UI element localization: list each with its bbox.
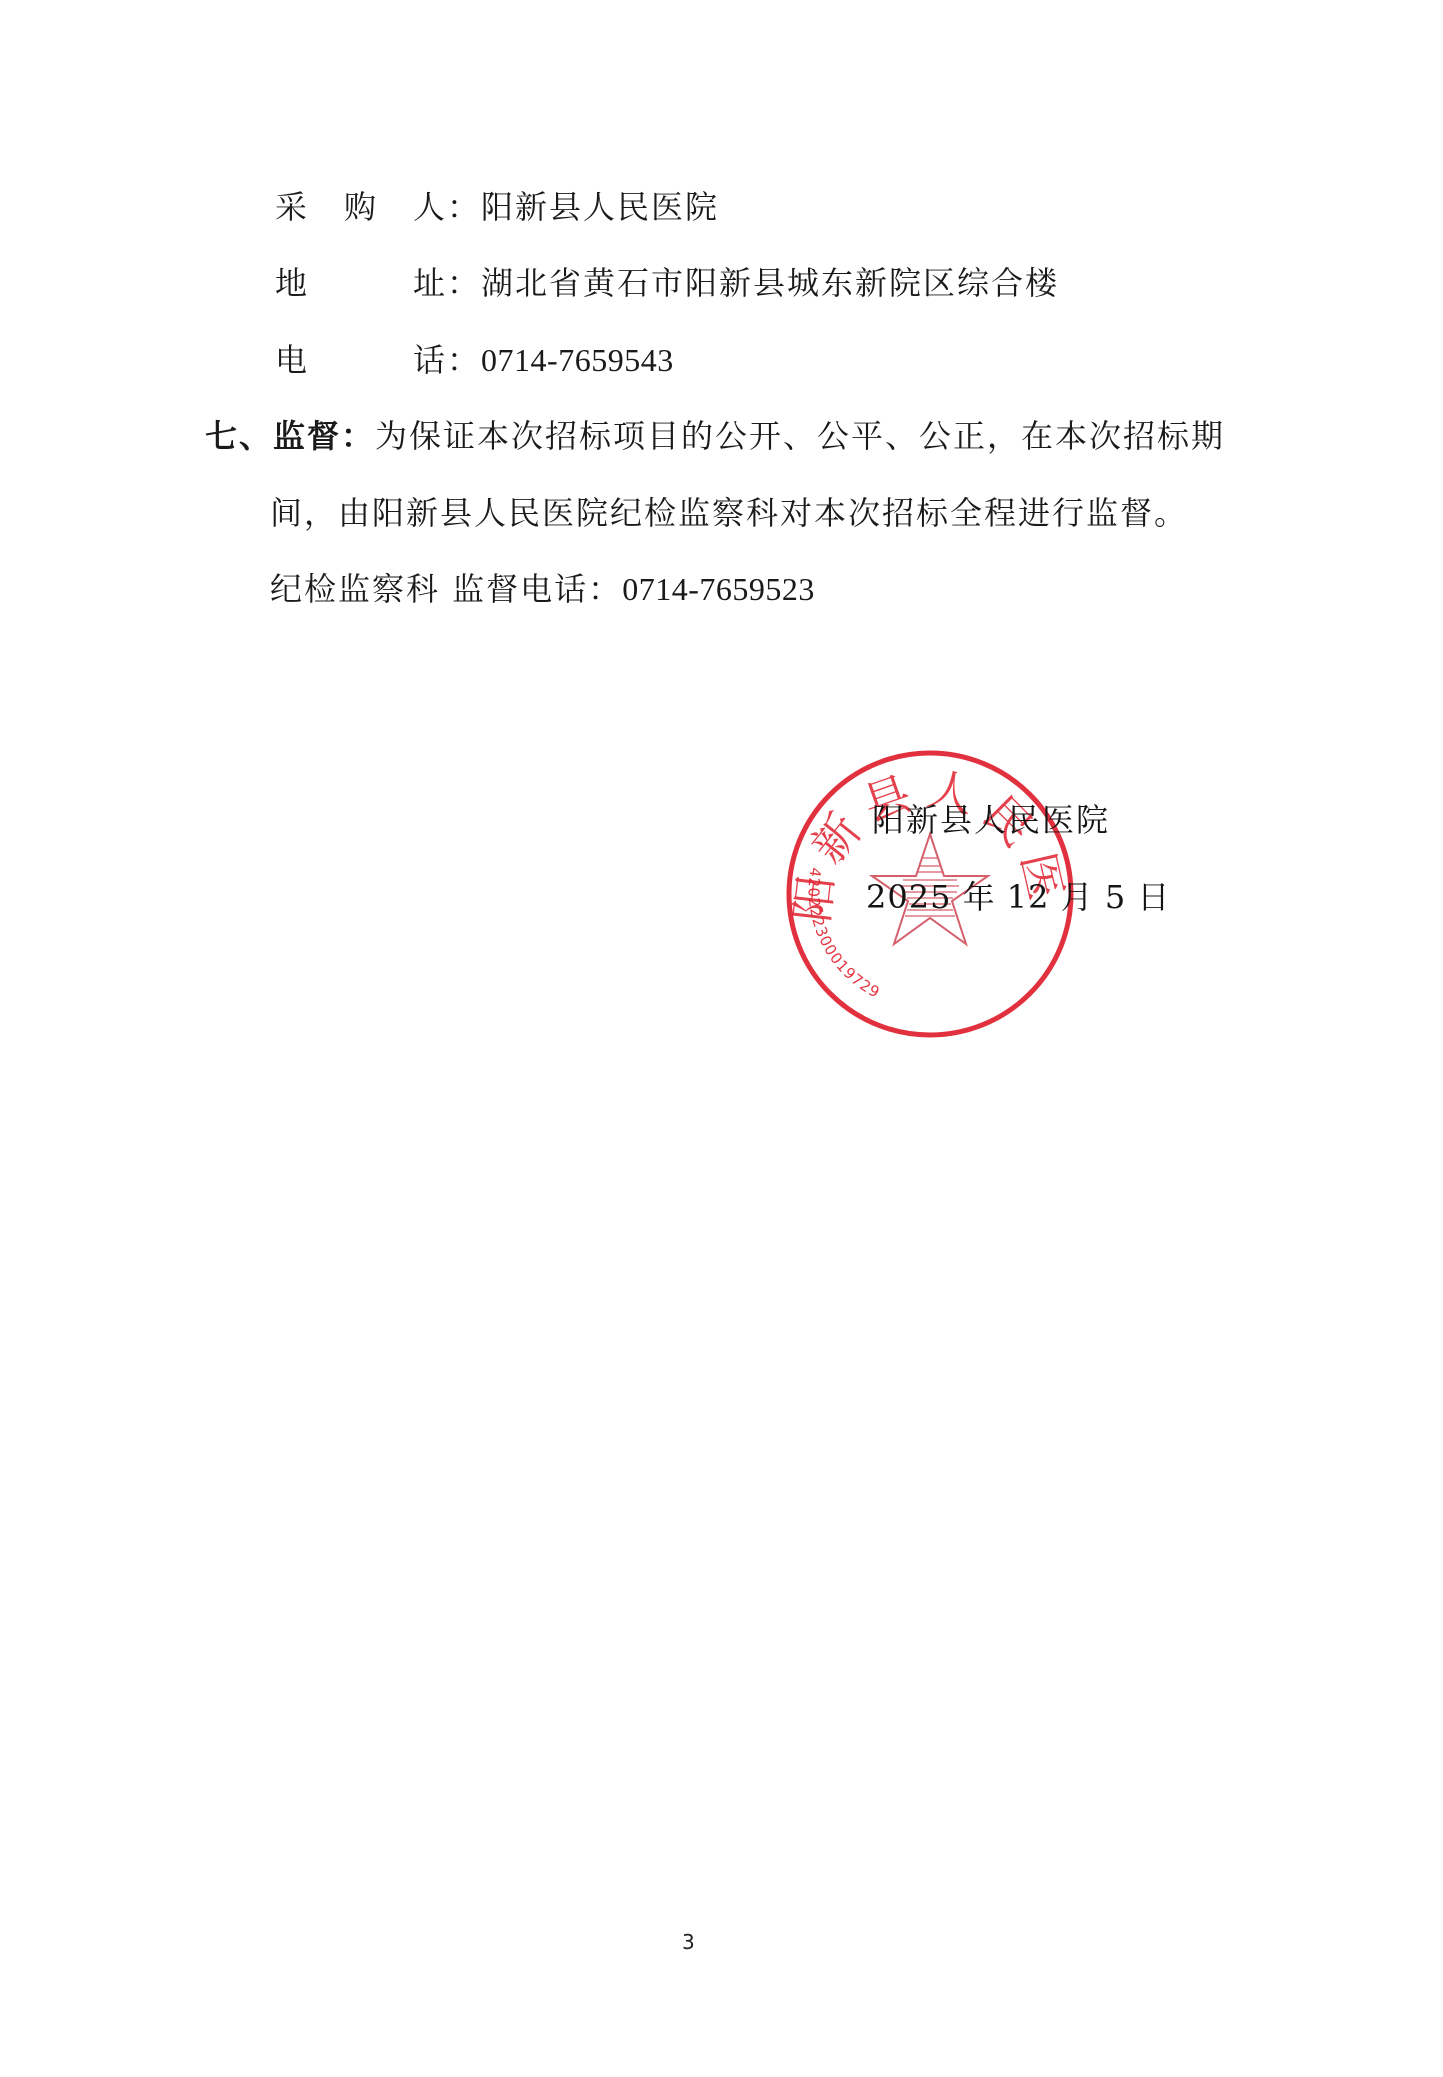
section-7-line-3: 纪检监察科 监督电话：0714-7659523 (270, 569, 815, 609)
label-char: 人 (413, 187, 447, 227)
supervision-phone-value: 0714-7659523 (622, 571, 815, 607)
address-label: 地址 (275, 263, 447, 303)
supervision-phone-label: 纪检监察科 监督电话： (270, 570, 622, 608)
purchaser-line: 采购人：阳新县人民医院 (275, 187, 719, 227)
phone-value: 0714-7659543 (481, 342, 674, 378)
label-char: 址 (413, 263, 447, 303)
phone-label: 电话 (275, 340, 447, 380)
phone-colon: ： (447, 341, 481, 379)
address-colon: ： (447, 264, 481, 302)
purchaser-colon: ： (447, 188, 481, 226)
section-7-text-2: 间，由阳新县人民医院纪检监察科对本次招标全程进行监督。 (270, 494, 1188, 532)
label-char: 电 (275, 340, 413, 380)
section-7-line-1: 七、监督：为保证本次招标项目的公开、公平、公正，在本次招标期 (205, 416, 1225, 456)
section-7-line-2: 间，由阳新县人民医院纪检监察科对本次招标全程进行监督。 (270, 493, 1188, 533)
section-7-text-1: 为保证本次招标项目的公开、公平、公正，在本次招标期 (375, 417, 1225, 455)
address-value: 湖北省黄石市阳新县城东新院区综合楼 (481, 264, 1059, 302)
signature-date: 2025 年 12 月 5 日 (866, 877, 1170, 917)
label-char: 采 (275, 187, 344, 227)
label-char: 地 (275, 263, 413, 303)
label-char: 购 (344, 187, 413, 227)
signature-organization: 阳新县人民医院 (872, 800, 1110, 840)
address-line: 地址：湖北省黄石市阳新县城东新院区综合楼 (275, 263, 1059, 303)
purchaser-value: 阳新县人民医院 (481, 188, 719, 226)
page-number: 3 (682, 1930, 695, 1954)
section-7-heading: 七、监督： (205, 417, 375, 455)
purchaser-label: 采购人 (275, 187, 447, 227)
label-char: 话 (413, 340, 447, 380)
document-page: 采购人：阳新县人民医院 地址：湖北省黄石市阳新县城东新院区综合楼 电话：0714… (0, 0, 1443, 2077)
phone-line: 电话：0714-7659543 (275, 340, 674, 380)
